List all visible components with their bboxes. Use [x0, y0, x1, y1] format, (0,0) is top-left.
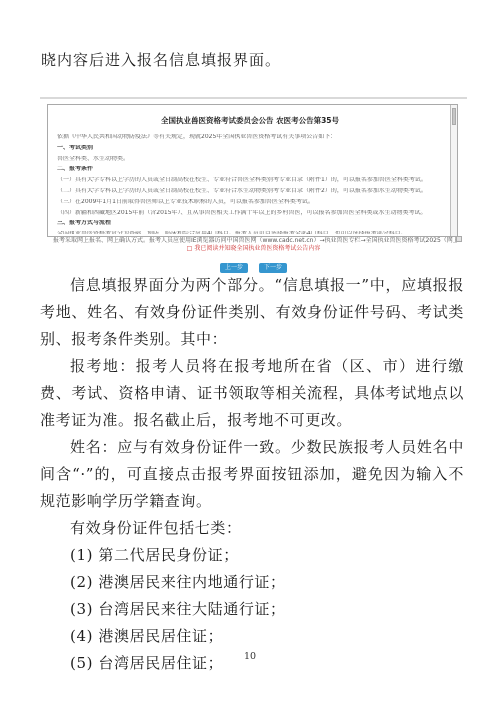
agree-checkbox[interactable]: □ [187, 245, 193, 252]
page-number: 10 [0, 651, 500, 662]
notice-line: （三）在2009年1月1日前取得兽医师以上专业技术职称的人员，可以报名参加兽医全… [57, 199, 443, 205]
notice-line: 兽医全科类、水生动物类。 [57, 156, 443, 162]
paragraph-info-sections: 信息填报界面分为两个部分。“信息填报一”中，应填报报考地、姓名、有效身份证件类别… [40, 272, 464, 353]
notice-title: 全国执业兽医资格考试委员会公告 农医考公告第35号 [57, 115, 443, 126]
agree-row: □我已阅读并知晓全国执业兽医资格考试公告内容 [45, 245, 462, 252]
notice-section-heading: 二、报考条件 [57, 166, 443, 172]
notice-screenshot: 全国执业兽医资格考试委员会公告 农医考公告第35号 依据《中华人民共和国动物防疫… [45, 96, 462, 264]
notice-section-heading: 三、报考方式与流程 [57, 220, 443, 226]
body-text: 信息填报界面分为两个部分。“信息填报一”中，应填报报考地、姓名、有效身份证件类别… [40, 272, 464, 677]
notice-scroll-panel: 全国执业兽医资格考试委员会公告 农医考公告第35号 依据《中华人民共和国动物防疫… [47, 104, 458, 237]
paragraph-exam-location: 报考地：报考人员将在报考地所在省（区、市）进行缴费、考试、资格申请、证书领取等相… [40, 353, 464, 434]
id-type-item: (1) 第二代居民身份证； [40, 542, 464, 569]
id-type-item: (3) 台湾居民来往大陆通行证； [40, 596, 464, 623]
document-page: 晓内容后进入报名信息填报界面。 全国执业兽医资格考试委员会公告 农医考公告第35… [0, 0, 500, 707]
paragraph-name-rule: 姓名：应与有效身份证件一致。少数民族报考人员姓名中间含“·”的，可直接点击报考界… [40, 434, 464, 515]
notice-overflow-line: 报考采取网上报名、网上确认方式。报考人员应使用IE浏览器访问中国兽医网（www.… [53, 237, 457, 244]
id-type-item: (2) 港澳居民来往内地通行证； [40, 569, 464, 596]
paragraph-id-types-intro: 有效身份证件包括七类： [40, 515, 464, 542]
notice-section-heading: 一、考试类别 [57, 145, 443, 151]
notice-line: 全国执业兽医资格考试分为基础、预防、临床和综合应用4门科目。报考人员可以选择报考… [57, 231, 443, 234]
notice-line: 依据《中华人民共和国动物防疫法》等有关规定，现就2025年全国执业兽医资格考试有… [57, 134, 443, 140]
vertical-scrollbar[interactable] [450, 105, 457, 236]
notice-line: （一）具有大学专科以上学历的人员或全日制高校在校生、专业符合兽医全科类别考专业目… [57, 177, 443, 183]
notice-line: （二）具有大学专科以上学历的人员或全日制高校在校生、专业符合水生动物类别考专业目… [57, 188, 443, 194]
id-type-item: (4) 港澳居民居住证； [40, 623, 464, 650]
notice-line: （四）新疆和西藏地区2015年前（含2015年）、且从事兽医相关工作满十年以上的… [57, 210, 443, 216]
horizontal-scrollbar-arrow[interactable] [456, 236, 462, 242]
intro-line: 晓内容后进入报名信息填报界面。 [41, 49, 281, 70]
agree-label: 我已阅读并知晓全国执业兽医资格考试公告内容 [194, 245, 320, 252]
screenshot-top-edge [40, 97, 467, 99]
scrollbar-thumb[interactable] [452, 108, 456, 125]
notice-content: 全国执业兽医资格考试委员会公告 农医考公告第35号 依据《中华人民共和国动物防疫… [57, 111, 443, 234]
notice-buttons: 上一步 下一步 [45, 254, 462, 273]
